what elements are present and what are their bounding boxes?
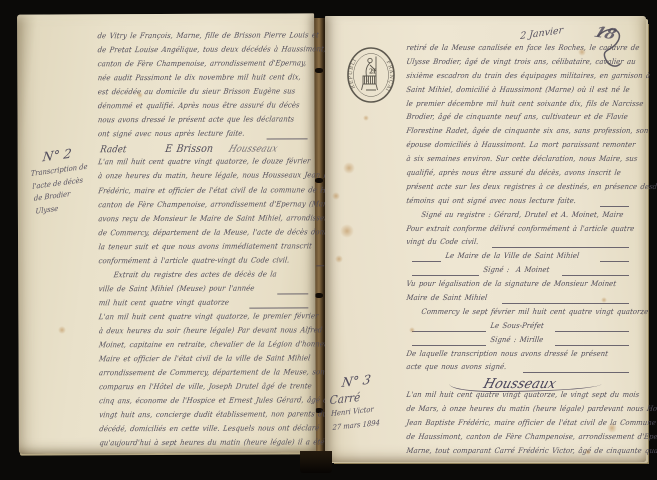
handwritten-line: Maire de Saint Mihiel: [406, 293, 633, 307]
handwritten-line: vingt du Code civil.: [406, 237, 633, 251]
handwritten-line: Marne, tout comparant Carré Frédéric Vic…: [406, 446, 633, 460]
handwritten-line: Moinet, capitaine en retraite, chevalier…: [98, 339, 312, 354]
fox-stain: [363, 115, 369, 121]
handwritten-line: Le Sous-Préfet: [406, 321, 633, 335]
handwritten-line: qu'aujourd'hui à sept heures du matin (h…: [99, 438, 313, 453]
handwritten-line: acte que nous avons signé.: [406, 362, 633, 376]
handwritten-line: dénommé et qualifié. Après nous être ass…: [97, 101, 311, 116]
book-spine-tail: [300, 451, 332, 473]
handwritten-line: Signé : A Moinet: [406, 265, 633, 279]
handwritten-line: sixième escadron du train des équipages …: [406, 71, 633, 85]
handwritten-line: qualifié, après nous être assuré du décè…: [406, 168, 633, 182]
handwritten-line: retiré de la Meuse canalisée en face les…: [406, 43, 633, 57]
handwritten-line: Saint Mihiel, domicilié à Haussimont (Ma…: [406, 85, 633, 99]
handwritten-line: Housseaux: [406, 376, 633, 390]
handwritten-line: L'an mil huit cent quatre vingt quatorze…: [98, 311, 312, 326]
handwritten-line: Signé : Mirille: [406, 335, 633, 349]
left-page: N° 2 Transcription del'acte de décèsde B…: [17, 13, 316, 453]
handwritten-line: vingt huit ans, concierge dudit établiss…: [99, 410, 313, 425]
fox-stain: [343, 162, 355, 174]
binding-stitch: [315, 293, 323, 298]
handwritten-line: cinq ans, économe de l'Hospice et Ernest…: [99, 396, 313, 411]
fox-stain: [409, 327, 415, 333]
handwritten-line: Vu pour légalisation de la signature de …: [406, 279, 633, 293]
margin-note-act-3: N° 3 CarréHenri Victor27 mars 1894: [327, 368, 411, 434]
fox-stain: [607, 423, 617, 433]
fox-stain: [340, 224, 354, 238]
svg-text:RÉPUBLIQUE: RÉPUBLIQUE: [346, 46, 358, 90]
handwritten-line: à deux heures du soir (heure légale) Par…: [98, 325, 312, 340]
handwritten-line: épouse domiciliés à Haussimont. La mort …: [406, 140, 633, 154]
handwritten-line: ville de Saint Mihiel (Meuse) pour l'ann…: [98, 283, 312, 298]
svg-text:2f: 2f: [369, 69, 376, 76]
handwritten-line: conformément à l'article quatre-vingt du…: [98, 255, 312, 270]
right-page: RÉPUBLIQUE FRANÇAISE 2f 2 Janvier 18 N° …: [325, 16, 646, 462]
handwritten-line: nous avons dressé le présent acte que le…: [97, 115, 311, 130]
handwritten-line: arrondissement de Commercy, département …: [99, 367, 313, 382]
handwritten-line: Le Maire de la Ville de Saint Mihiel: [406, 251, 633, 265]
handwritten-line: Signé au registre : Gérard, Drutel et A.…: [406, 210, 633, 224]
handwritten-line: de Pretat Louise Angélique, tous deux dé…: [97, 44, 311, 59]
handwritten-line: L'an mil huit cent quatre vingt quatorze…: [406, 390, 633, 404]
handwritten-line: à six semaines environ. Sur cette déclar…: [406, 154, 633, 168]
handwritten-line: Jean Baptiste Frédéric, maire officier d…: [406, 418, 633, 432]
handwritten-line: RadetE BrissonHousseaux: [98, 143, 312, 158]
handwritten-line: Extrait du registre des actes de décès d…: [98, 269, 312, 284]
handwritten-line: Commercy le sept février mil huit cent q…: [406, 307, 633, 321]
fox-stain: [335, 255, 343, 263]
handwritten-line: le premier décembre mil huit cent soixan…: [406, 99, 633, 113]
handwritten-line: ont signé avec nous après lecture faite.: [98, 129, 312, 144]
fox-stain: [137, 92, 143, 98]
handwritten-line: est décédée au domicile du sieur Brisson…: [97, 87, 311, 102]
handwritten-line: la teneur suit et que nous avons immédia…: [98, 241, 312, 256]
handwritten-line: mil huit cent quatre vingt quatorze: [98, 297, 312, 312]
fox-stain: [601, 297, 607, 303]
handwritten-line: Florestine Radet, âgée de cinquante six …: [406, 126, 633, 140]
handwritten-line: Brodier, âgé de cinquante neuf ans, cult…: [406, 112, 633, 126]
handwritten-line: Pour extrait conforme délivré conforméme…: [406, 224, 633, 238]
handwritten-line: De laquelle transcription nous avons dre…: [406, 349, 633, 363]
handwritten-line: décédé, domiciliés en cette ville. Lesqu…: [99, 424, 313, 439]
handwritten-line: avons reçu de Monsieur le Maire de Saint…: [98, 213, 312, 228]
handwritten-line: présent acte sur les deux registres à ce…: [406, 182, 633, 196]
handwritten-line: de Haussimont, canton de Fère Champenois…: [406, 432, 633, 446]
right-page-manuscript-text: retiré de la Meuse canalisée en face les…: [406, 43, 633, 460]
handwritten-line: Frédéric, maire et officier de l'état ci…: [98, 185, 312, 200]
margin-note-act-2: N° 2 Transcription del'acte de décèsde B…: [28, 142, 106, 217]
fox-stain: [578, 48, 586, 56]
fox-stain: [58, 326, 66, 334]
handwritten-line: comparus en l'Hôtel de ville, Joseph Dru…: [99, 382, 313, 397]
corner-date: 2 Janvier: [520, 25, 564, 42]
handwritten-line: à onze heures du matin, heure légale, no…: [98, 171, 312, 186]
handwritten-line: témoins qui ont signé avec nous lecture …: [406, 196, 633, 210]
binding-stitch: [315, 68, 323, 73]
left-page-manuscript-text: de Vitry le François, Marne, fille de Br…: [97, 30, 313, 452]
handwritten-line: Ulysse Brodier, âgé de vingt trois ans, …: [406, 57, 633, 71]
handwritten-line: de Commercy, département de la Meuse, l'…: [98, 227, 312, 242]
fox-stain: [332, 192, 340, 200]
republique-francaise-stamp-icon: RÉPUBLIQUE FRANÇAISE 2f: [346, 46, 396, 104]
fox-stain: [585, 449, 591, 455]
handwritten-line: de Vitry le François, Marne, fille de Br…: [97, 30, 311, 45]
handwritten-line: canton de Fère Champenoise, arrondisseme…: [98, 199, 312, 214]
handwritten-line: née audit Passimont le dix novembre mil …: [97, 73, 311, 88]
handwritten-line: canton de Fère Champenoise, arrondisseme…: [97, 58, 311, 73]
handwritten-line: de Mars, à onze heures du matin (heure l…: [406, 404, 633, 418]
handwritten-line: Maire et officier de l'état civil de la …: [99, 353, 313, 368]
